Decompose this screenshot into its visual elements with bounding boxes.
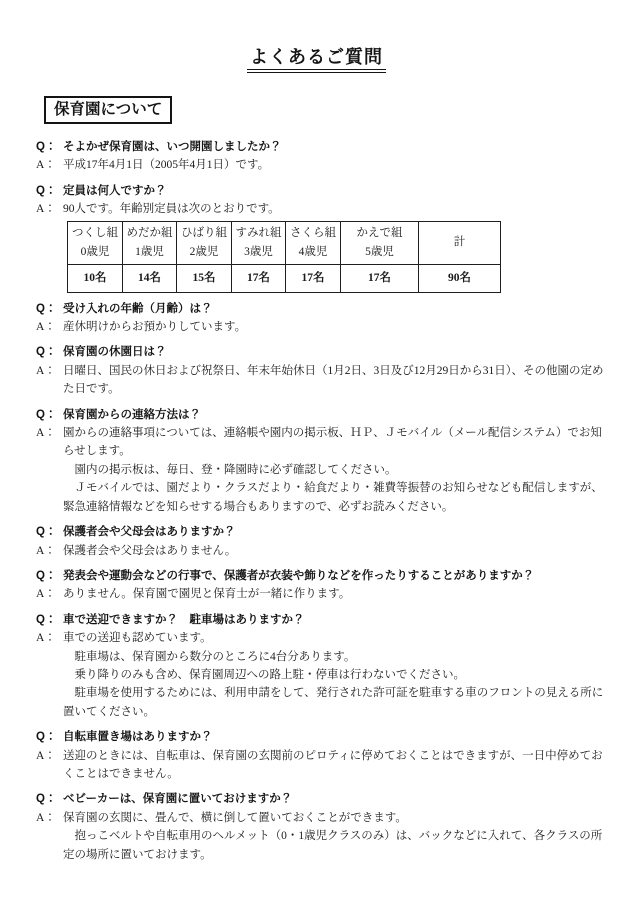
question-row: Q： そよかぜ保育園は、いつ開園しましたか？ bbox=[36, 138, 607, 156]
question-label: Q： bbox=[36, 728, 63, 746]
question-label: Q： bbox=[36, 523, 63, 541]
answer-text: 日曜日、国民の休日および祝祭日、年末年始休日（1月2日、3日及び12月29日から… bbox=[63, 362, 607, 399]
answer-paragraph: 90人です。年齢別定員は次のとおりです。 bbox=[63, 200, 607, 218]
answer-row: A： 平成17年4月1日（2005年4月1日）です。 bbox=[36, 156, 607, 174]
answer-label: A： bbox=[36, 542, 63, 560]
class-age: 3歳児 bbox=[232, 243, 285, 262]
answer-text: 産休明けからお預かりしています。 bbox=[63, 318, 607, 336]
answer-paragraph: 平成17年4月1日（2005年4月1日）です。 bbox=[63, 156, 607, 174]
qa-item-opening-date: Q： そよかぜ保育園は、いつ開園しましたか？ A： 平成17年4月1日（2005… bbox=[36, 138, 607, 175]
question-row: Q： ベビーカーは、保育園に置いておけますか？ bbox=[36, 790, 607, 808]
class-name: めだか組 bbox=[123, 224, 176, 243]
capacity-header-cell: さくら組 4歳児 bbox=[286, 221, 341, 264]
capacity-header-cell: かえで組 5歳児 bbox=[341, 221, 419, 264]
answer-row: A： 園からの連絡事項については、連絡帳や園内の掲示板、ＨＰ、Ｊモバイル（メール… bbox=[36, 424, 607, 516]
page-title: よくあるご質問 bbox=[0, 46, 633, 73]
answer-paragraph: 産休明けからお預かりしています。 bbox=[63, 318, 607, 336]
answer-text: 園からの連絡事項については、連絡帳や園内の掲示板、ＨＰ、Ｊモバイル（メール配信シ… bbox=[63, 424, 607, 516]
answer-label: A： bbox=[36, 424, 63, 442]
question-label: Q： bbox=[36, 611, 63, 629]
capacity-table: つくし組 0歳児 めだか組 1歳児 ひばり組 2歳児 bbox=[67, 221, 501, 293]
question-label: Q： bbox=[36, 182, 63, 200]
answer-paragraph: Ｊモバイルでは、園だより・クラスだより・給食だより・雑費等振替のお知らせなども配… bbox=[63, 479, 607, 516]
question-row: Q： 発表会や運動会などの行事で、保護者が衣装や飾りなどを作ったりすることがあり… bbox=[36, 567, 607, 585]
answer-label: A： bbox=[36, 629, 63, 647]
class-name: つくし組 bbox=[68, 224, 122, 243]
answer-label: A： bbox=[36, 318, 63, 336]
question-text: 保育園の休園日は？ bbox=[63, 343, 607, 361]
document-page: よくあるご質問 保育園について Q： そよかぜ保育園は、いつ開園しましたか？ A… bbox=[0, 0, 633, 898]
question-text: 受け入れの年齢（月齢）は？ bbox=[63, 300, 607, 318]
answer-label: A： bbox=[36, 747, 63, 765]
answer-paragraph: ありません。保育園で園児と保育士が一緒に作ります。 bbox=[63, 585, 607, 603]
answer-label: A： bbox=[36, 200, 63, 218]
capacity-count-cell-total: 90名 bbox=[419, 264, 501, 292]
section-heading-row: 保育園について bbox=[44, 96, 633, 124]
answer-paragraph: 駐車場は、保育園から数分のところに4台分あります。 bbox=[63, 648, 607, 666]
question-label: Q： bbox=[36, 300, 63, 318]
answer-text: 保護者会や父母会はありません。 bbox=[63, 542, 607, 560]
class-name: かえで組 bbox=[341, 224, 418, 243]
answer-paragraph: 車での送迎も認めています。 bbox=[63, 629, 607, 647]
answer-row: A： 送迎のときには、自転車は、保育園の玄関前のピロティに停めておくことはできま… bbox=[36, 747, 607, 784]
answer-label: A： bbox=[36, 809, 63, 827]
class-age: 2歳児 bbox=[177, 243, 231, 262]
question-label: Q： bbox=[36, 343, 63, 361]
question-label: Q： bbox=[36, 790, 63, 808]
capacity-header-cell: めだか組 1歳児 bbox=[123, 221, 177, 264]
capacity-header-cell-total: 計 bbox=[419, 221, 501, 264]
answer-text: 保育園の玄関に、畳んで、横に倒して置いておくことができます。 抱っこベルトや自転… bbox=[63, 809, 607, 864]
question-row: Q： 定員は何人ですか？ bbox=[36, 182, 607, 200]
section-heading: 保育園について bbox=[44, 96, 172, 124]
answer-row: A： 保育園の玄関に、畳んで、横に倒して置いておくことができます。 抱っこベルト… bbox=[36, 809, 607, 864]
answer-label: A： bbox=[36, 156, 63, 174]
qa-item-contact-methods: Q： 保育園からの連絡方法は？ A： 園からの連絡事項については、連絡帳や園内の… bbox=[36, 406, 607, 516]
class-age: 5歳児 bbox=[341, 243, 418, 262]
qa-item-parents-association: Q： 保護者会や父母会はありますか？ A： 保護者会や父母会はありません。 bbox=[36, 523, 607, 560]
answer-text: 送迎のときには、自転車は、保育園の玄関前のピロティに停めておくことはできますが、… bbox=[63, 747, 607, 784]
answer-row: A： ありません。保育園で園児と保育士が一緒に作ります。 bbox=[36, 585, 607, 603]
answer-paragraph: 園内の掲示板は、毎日、登・降園時に必ず確認してください。 bbox=[63, 461, 607, 479]
answer-row: A： 車での送迎も認めています。 駐車場は、保育園から数分のところに4台分ありま… bbox=[36, 629, 607, 721]
question-text: そよかぜ保育園は、いつ開園しましたか？ bbox=[63, 138, 607, 156]
answer-paragraph: 保護者会や父母会はありません。 bbox=[63, 542, 607, 560]
capacity-table-wrap: つくし組 0歳児 めだか組 1歳児 ひばり組 2歳児 bbox=[67, 221, 607, 293]
capacity-count-cell: 17名 bbox=[341, 264, 419, 292]
question-label: Q： bbox=[36, 567, 63, 585]
question-text: 発表会や運動会などの行事で、保護者が衣装や飾りなどを作ったりすることがありますか… bbox=[63, 567, 607, 585]
qa-item-accepted-age: Q： 受け入れの年齢（月齢）は？ A： 産休明けからお預かりしています。 bbox=[36, 300, 607, 337]
answer-paragraph: 日曜日、国民の休日および祝祭日、年末年始休日（1月2日、3日及び12月29日から… bbox=[63, 362, 607, 399]
answer-row: A： 90人です。年齢別定員は次のとおりです。 つくし組 bbox=[36, 200, 607, 292]
answer-text: 90人です。年齢別定員は次のとおりです。 つくし組 0歳児 bbox=[63, 200, 607, 292]
capacity-header-cell: すみれ組 3歳児 bbox=[232, 221, 286, 264]
question-text: 自転車置き場はありますか？ bbox=[63, 728, 607, 746]
question-row: Q： 車で送迎できますか？ 駐車場はありますか？ bbox=[36, 611, 607, 629]
capacity-header-cell: ひばり組 2歳児 bbox=[177, 221, 232, 264]
question-text: ベビーカーは、保育園に置いておけますか？ bbox=[63, 790, 607, 808]
question-row: Q： 受け入れの年齢（月齢）は？ bbox=[36, 300, 607, 318]
qa-item-event-costumes: Q： 発表会や運動会などの行事で、保護者が衣装や飾りなどを作ったりすることがあり… bbox=[36, 567, 607, 604]
question-row: Q： 自転車置き場はありますか？ bbox=[36, 728, 607, 746]
answer-paragraph: 乗り降りのみも含め、保育園周辺への路上駐・停車は行わないでください。 bbox=[63, 666, 607, 684]
capacity-count-cell: 14名 bbox=[123, 264, 177, 292]
question-text: 定員は何人ですか？ bbox=[63, 182, 607, 200]
question-label: Q： bbox=[36, 138, 63, 156]
answer-label: A： bbox=[36, 585, 63, 603]
qa-item-closed-days: Q： 保育園の休園日は？ A： 日曜日、国民の休日および祝祭日、年末年始休日（1… bbox=[36, 343, 607, 398]
capacity-header-cell: つくし組 0歳児 bbox=[68, 221, 123, 264]
question-text: 保育園からの連絡方法は？ bbox=[63, 406, 607, 424]
class-name: すみれ組 bbox=[232, 224, 285, 243]
answer-label: A： bbox=[36, 362, 63, 380]
answer-row: A： 保護者会や父母会はありません。 bbox=[36, 542, 607, 560]
answer-paragraph: 抱っこベルトや自転車用のヘルメット（0・1歳児クラスのみ）は、バックなどに入れて… bbox=[63, 827, 607, 864]
capacity-count-cell: 10名 bbox=[68, 264, 123, 292]
capacity-count-cell: 15名 bbox=[177, 264, 232, 292]
class-name: ひばり組 bbox=[177, 224, 231, 243]
total-label: 計 bbox=[419, 233, 500, 252]
answer-paragraph: 駐車場を使用するためには、利用申請をして、発行された許可証を駐車する車のフロント… bbox=[63, 684, 607, 721]
class-name: さくら組 bbox=[286, 224, 340, 243]
question-row: Q： 保育園からの連絡方法は？ bbox=[36, 406, 607, 424]
answer-text: 平成17年4月1日（2005年4月1日）です。 bbox=[63, 156, 607, 174]
capacity-count-cell: 17名 bbox=[286, 264, 341, 292]
qa-item-car-parking: Q： 車で送迎できますか？ 駐車場はありますか？ A： 車での送迎も認めています… bbox=[36, 611, 607, 721]
question-label: Q： bbox=[36, 406, 63, 424]
class-age: 1歳児 bbox=[123, 243, 176, 262]
capacity-count-row: 10名 14名 15名 17名 17名 17名 90名 bbox=[68, 264, 501, 292]
answer-paragraph: 園からの連絡事項については、連絡帳や園内の掲示板、ＨＰ、Ｊモバイル（メール配信シ… bbox=[63, 424, 607, 461]
qa-item-stroller-storage: Q： ベビーカーは、保育園に置いておけますか？ A： 保育園の玄関に、畳んで、横… bbox=[36, 790, 607, 864]
capacity-header-row: つくし組 0歳児 めだか組 1歳児 ひばり組 2歳児 bbox=[68, 221, 501, 264]
answer-paragraph: 送迎のときには、自転車は、保育園の玄関前のピロティに停めておくことはできますが、… bbox=[63, 747, 607, 784]
answer-row: A： 産休明けからお預かりしています。 bbox=[36, 318, 607, 336]
answer-text: 車での送迎も認めています。 駐車場は、保育園から数分のところに4台分あります。 … bbox=[63, 629, 607, 721]
qa-item-capacity: Q： 定員は何人ですか？ A： 90人です。年齢別定員は次のとおりです。 bbox=[36, 182, 607, 293]
answer-text: ありません。保育園で園児と保育士が一緒に作ります。 bbox=[63, 585, 607, 603]
class-age: 0歳児 bbox=[68, 243, 122, 262]
qa-item-bicycle-parking: Q： 自転車置き場はありますか？ A： 送迎のときには、自転車は、保育園の玄関前… bbox=[36, 728, 607, 783]
question-row: Q： 保護者会や父母会はありますか？ bbox=[36, 523, 607, 541]
capacity-count-cell: 17名 bbox=[232, 264, 286, 292]
class-age: 4歳児 bbox=[286, 243, 340, 262]
question-text: 車で送迎できますか？ 駐車場はありますか？ bbox=[63, 611, 607, 629]
question-text: 保護者会や父母会はありますか？ bbox=[63, 523, 607, 541]
answer-row: A： 日曜日、国民の休日および祝祭日、年末年始休日（1月2日、3日及び12月29… bbox=[36, 362, 607, 399]
answer-paragraph: 保育園の玄関に、畳んで、横に倒して置いておくことができます。 bbox=[63, 809, 607, 827]
question-row: Q： 保育園の休園日は？ bbox=[36, 343, 607, 361]
page-title-text: よくあるご質問 bbox=[247, 46, 386, 73]
